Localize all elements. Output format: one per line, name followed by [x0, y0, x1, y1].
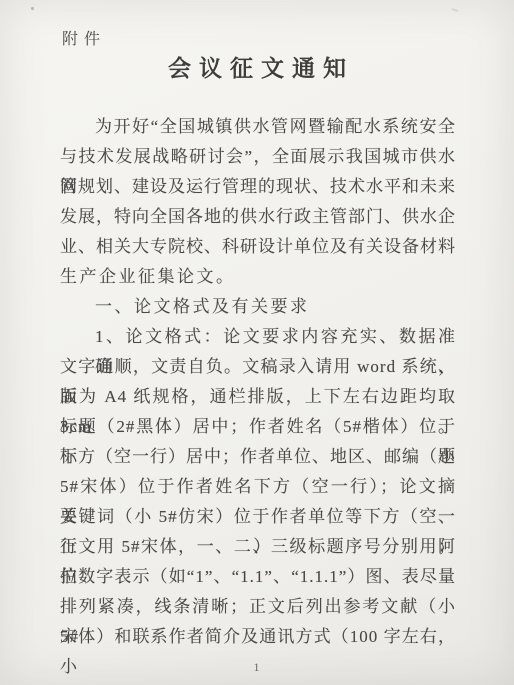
doc-title: 会议征文通知 — [0, 50, 514, 83]
body-line: 标题（2#黑体）居中；作者姓名（5#楷体）位于标题 — [60, 412, 456, 442]
body-line: 为开好“全国城镇供水管网暨输配水系统安全 — [60, 112, 456, 142]
scan-speck — [31, 7, 34, 10]
body-line: 发展，特向全国各地的供水行政主管部门、供水企 — [60, 202, 456, 232]
section-heading: 一、论文格式及有关要求 — [60, 292, 456, 322]
body-line: 文字通顺，文责自负。文稿录入请用 word 系统，版 — [60, 352, 456, 382]
body-line: 正文用 5#宋体，一、二、三级标题序号分别用阿拉 — [60, 532, 456, 562]
scanned-document-page: 附件 会议征文通知 为开好“全国城镇供水管网暨输配水系统安全 与技术发展战略研讨… — [0, 0, 514, 685]
body-line: 与技术发展战略研讨会”，全面展示我国城市供水管 — [60, 142, 456, 172]
body-line: 伯数字表示（如“1”、“1.1”、“1.1.1”）图、表尽量 — [60, 562, 456, 592]
body-line: 5#宋体）位于作者姓名下方（空一行）；论文摘要、 — [60, 472, 456, 502]
body-line: 下方（空一行）居中；作者单位、地区、邮编（小 — [60, 442, 456, 472]
body-line: 生产企业征集论文。 — [60, 262, 456, 292]
body-line: 宋体）和联系作者简介及通讯方式（100 字左右，小 — [60, 622, 456, 652]
body-line: 排列紧凑，线条清晰；正文后列出参考文献（小 5# — [60, 592, 456, 622]
body-line: 业、相关大专院校、科研设计单位及有关设备材料 — [60, 232, 456, 262]
scan-smudge — [451, 8, 459, 12]
page-number: 1 — [0, 660, 514, 675]
body-line: 网规划、建设及运行管理的现状、技术水平和未来 — [60, 172, 456, 202]
attachment-label: 附件 — [62, 26, 106, 49]
body-line: 关键词（小 5#仿宋）位于作者单位等下方（空一行）； — [60, 502, 456, 532]
body-line: 1、论文格式：论文要求内容充实、数据准确、 — [60, 322, 456, 352]
body-line: 面为 A4 纸规格，通栏排版，上下左右边距均取 3cm。 — [60, 382, 456, 412]
document-body: 为开好“全国城镇供水管网暨输配水系统安全 与技术发展战略研讨会”，全面展示我国城… — [60, 112, 456, 652]
